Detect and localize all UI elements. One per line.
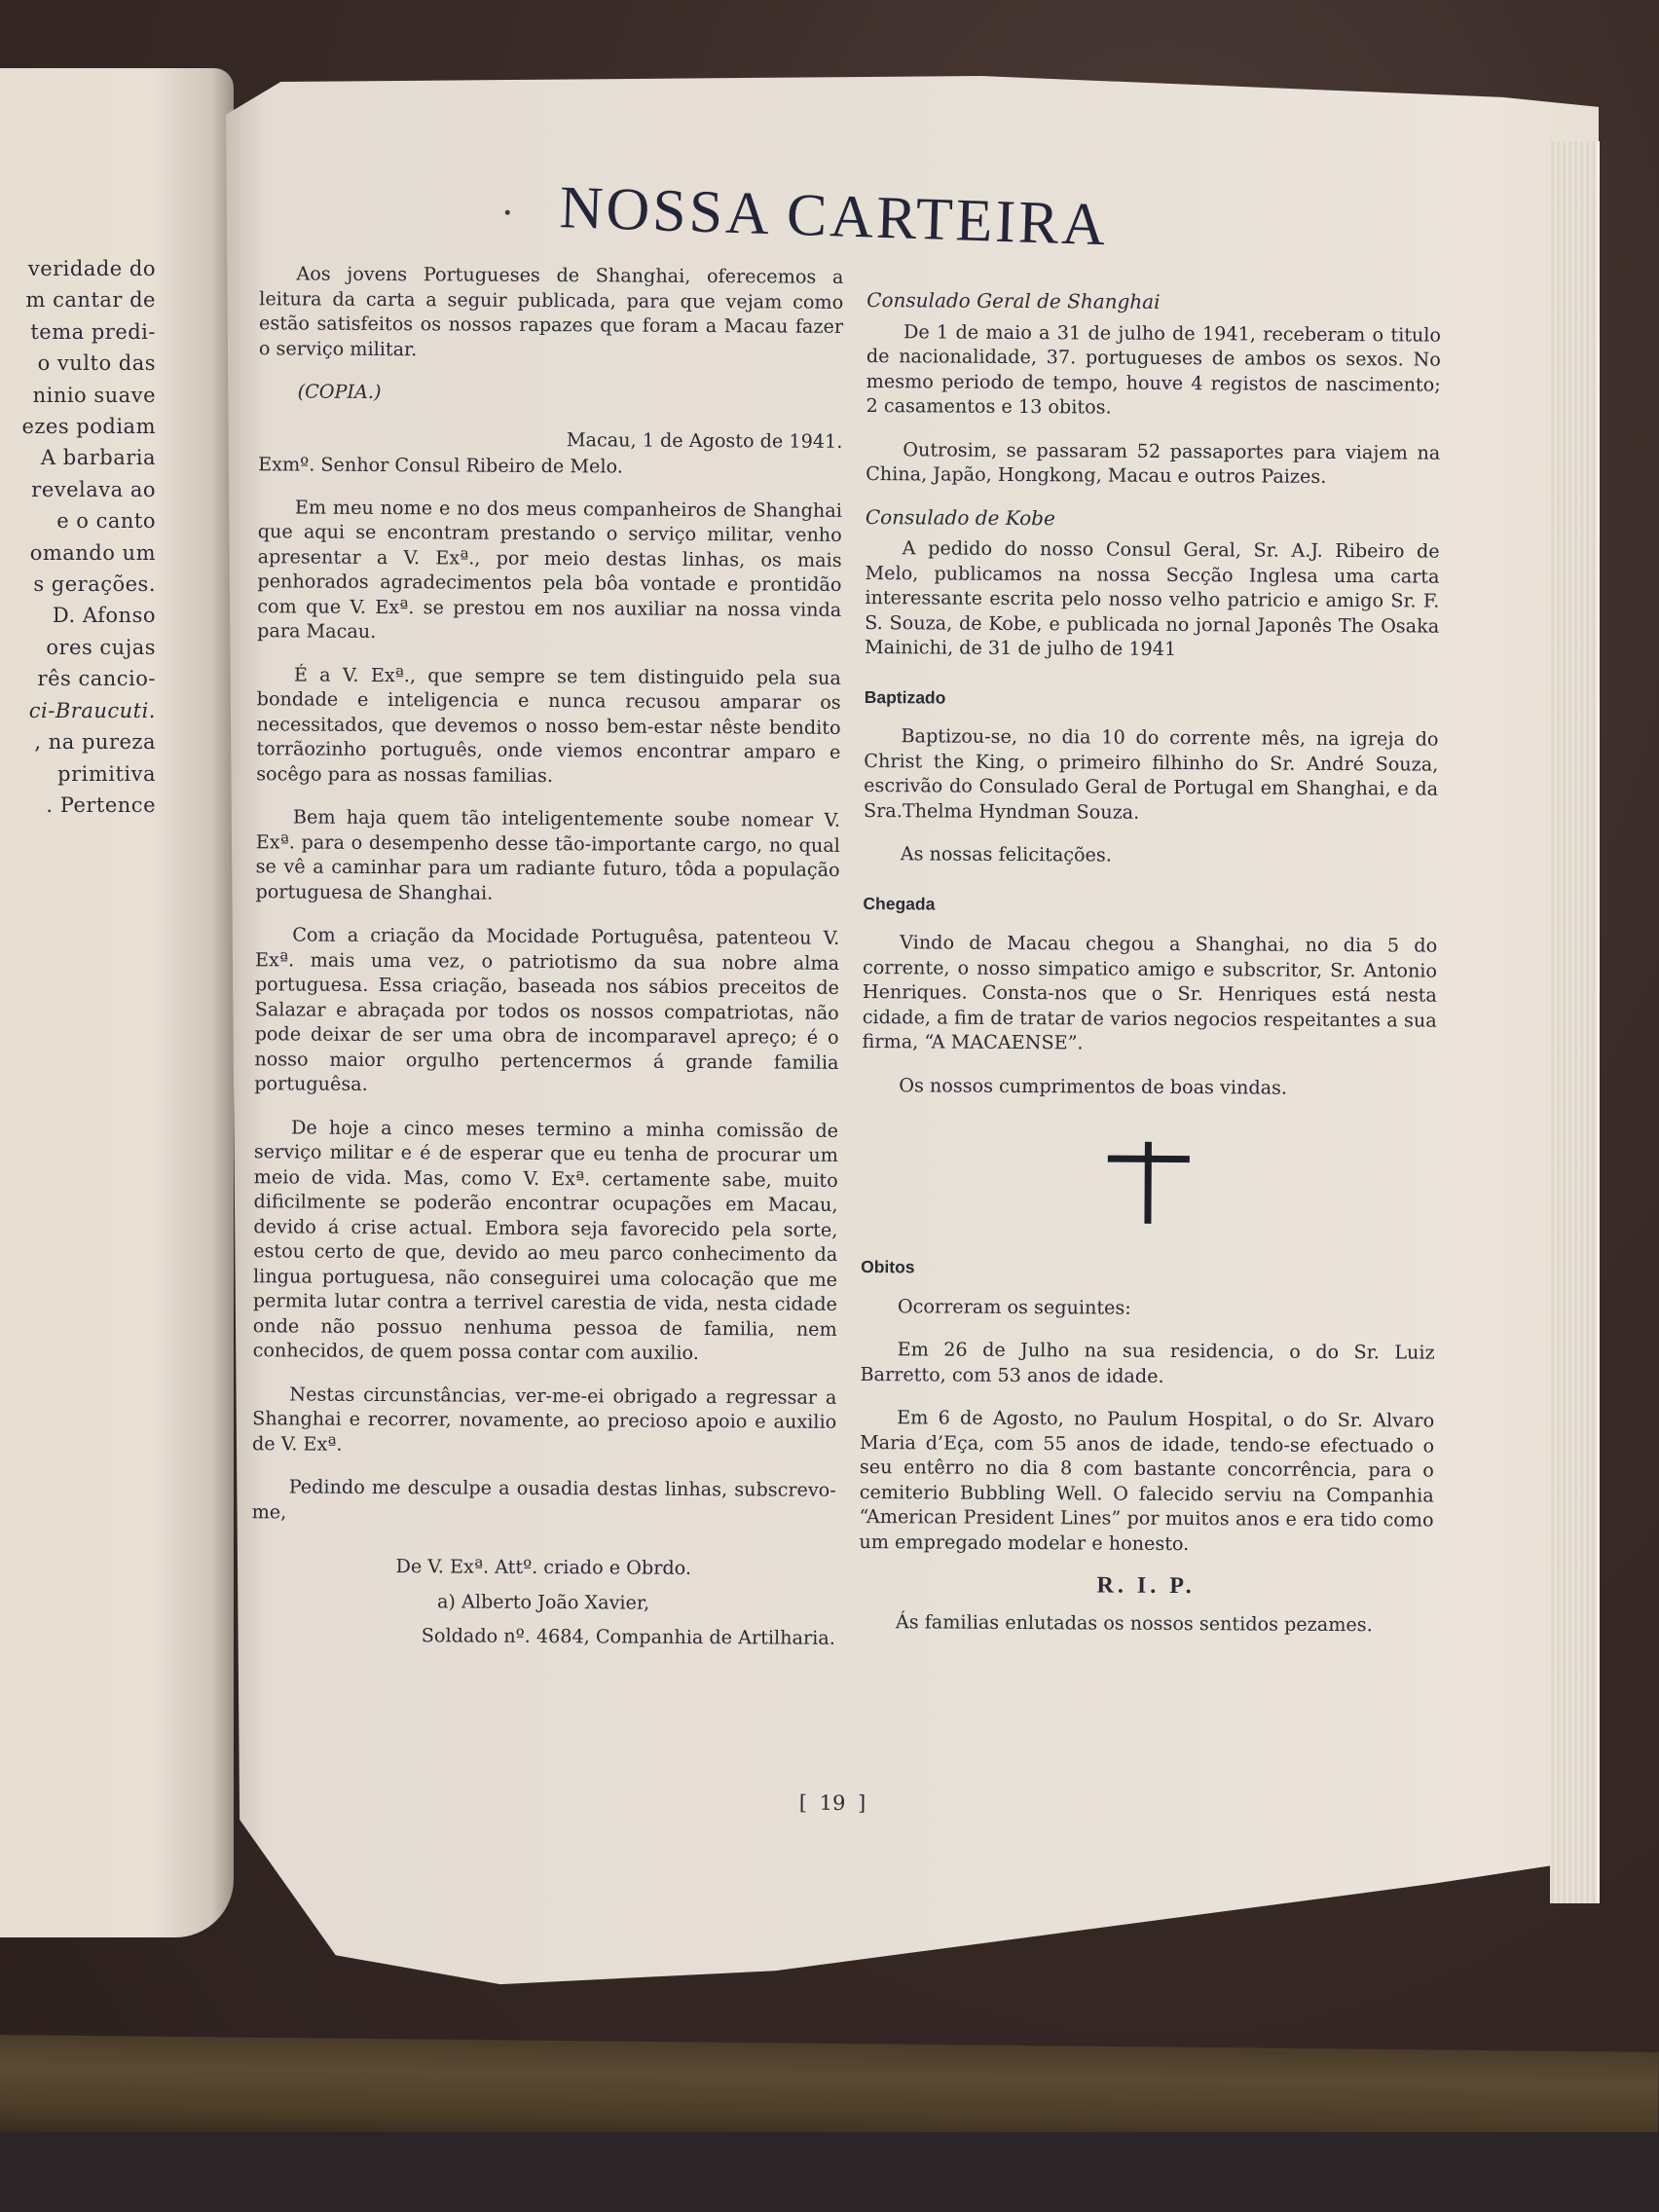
section-heading-consulado-shanghai: Consulado Geral de Shanghai <box>866 288 1441 316</box>
letter-column: Aos jovens Portugueses de Shanghai, ofer… <box>251 261 844 1660</box>
section-heading-obitos: Obitos <box>861 1255 1435 1283</box>
letter-paragraph: Bem haja quem tão inteligentemente soube… <box>255 804 840 907</box>
section-heading-chegada: Chegada <box>863 892 1437 920</box>
news-paragraph: Os nossos cumprimentos de boas vindas. <box>862 1073 1436 1101</box>
condolences-line: Ás familias enlutadas os nossos sentidos… <box>859 1609 1433 1638</box>
news-column: Consulado Geral de Shanghai De 1 de maio… <box>859 288 1442 1656</box>
section-heading-consulado-kobe: Consulado de Kobe <box>866 505 1440 534</box>
signature-name: a) Alberto João Xavier, <box>251 1588 835 1616</box>
news-paragraph: Vindo de Macau chegou a Shanghai, no dia… <box>862 930 1437 1057</box>
news-paragraph: Outrosim, se passaram 52 passaportes par… <box>866 437 1440 491</box>
signature-closing: De V. Exª. Attº. criado e Obrdo. <box>251 1553 835 1581</box>
page-title: NOSSA CARTEIRA <box>559 173 1164 262</box>
news-paragraph: As nossas felicitações. <box>864 841 1438 869</box>
print-speck <box>505 210 510 215</box>
letter-salutation: Exmº. Senhor Consul Ribeiro de Melo. <box>258 452 842 480</box>
page-number: [ 19 ] <box>799 1791 866 1815</box>
letter-paragraph: De hoje a cinco meses termino a minha co… <box>253 1115 839 1367</box>
letter-paragraph: Com a criação da Mocidade Portuguêsa, pa… <box>254 922 839 1099</box>
rip-label: R. I. P. <box>859 1572 1433 1601</box>
news-paragraph: Em 6 de Agosto, no Paulum Hospital, o do… <box>859 1405 1434 1558</box>
letter-dateline: Macau, 1 de Agosto de 1941. <box>258 425 842 454</box>
signature-rank: Soldado nº. 4684, Companhia de Artilhari… <box>251 1622 835 1650</box>
cross-icon <box>1107 1142 1190 1225</box>
section-heading-baptizado: Baptizado <box>865 685 1439 714</box>
news-paragraph: Ocorreram os seguintes: <box>861 1294 1435 1322</box>
letter-paragraph: É a V. Exª., que sempre se tem distingui… <box>256 662 841 790</box>
news-paragraph: A pedido do nosso Consul Geral, Sr. A.J.… <box>865 535 1440 663</box>
news-paragraph: Em 26 de Julho na sua residencia, o do S… <box>860 1337 1434 1390</box>
letter-paragraph: Em meu nome e no dos meus companheiros d… <box>257 495 842 647</box>
letter-paragraph: Pedindo me desculpe a ousadia destas lin… <box>252 1474 836 1528</box>
right-page-content: NOSSA CARTEIRA Aos jovens Portugueses de… <box>0 0 1659 2212</box>
news-paragraph: De 1 de maio a 31 de julho de 1941, rece… <box>866 319 1441 423</box>
intro-paragraph: Aos jovens Portugueses de Shanghai, ofer… <box>259 261 844 364</box>
news-paragraph: Baptizou-se, no dia 10 do corrente mês, … <box>864 723 1439 827</box>
copy-label: (COPIA.) <box>298 379 843 407</box>
letter-paragraph: Nestas circunstâncias, ver-me-ei obrigad… <box>252 1382 836 1459</box>
